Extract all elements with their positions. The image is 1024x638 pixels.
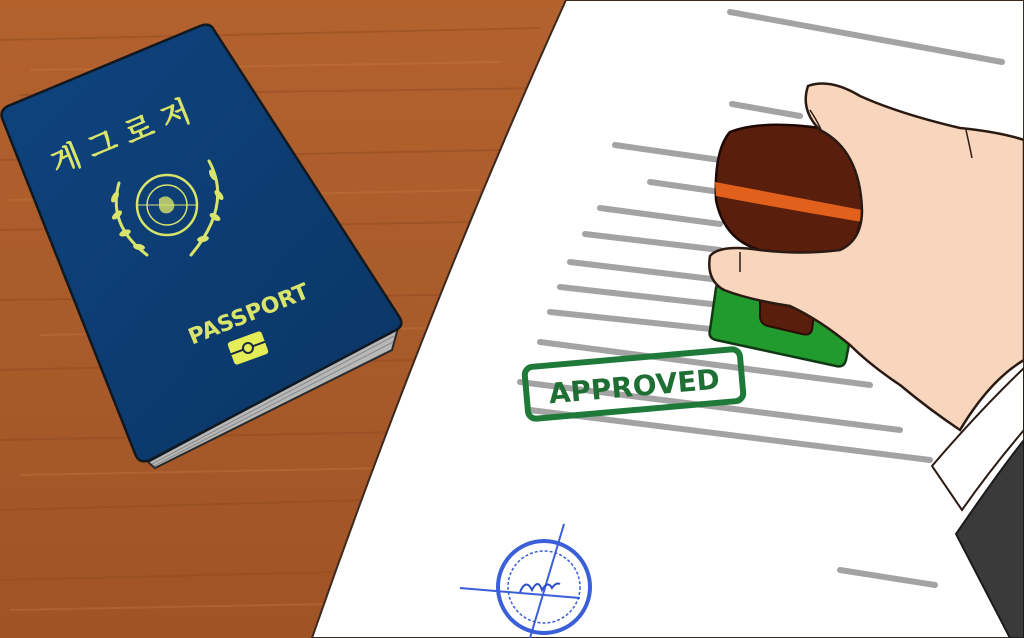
illustration-scene: 게 그 로 저 PASSPORT	[0, 0, 1024, 638]
